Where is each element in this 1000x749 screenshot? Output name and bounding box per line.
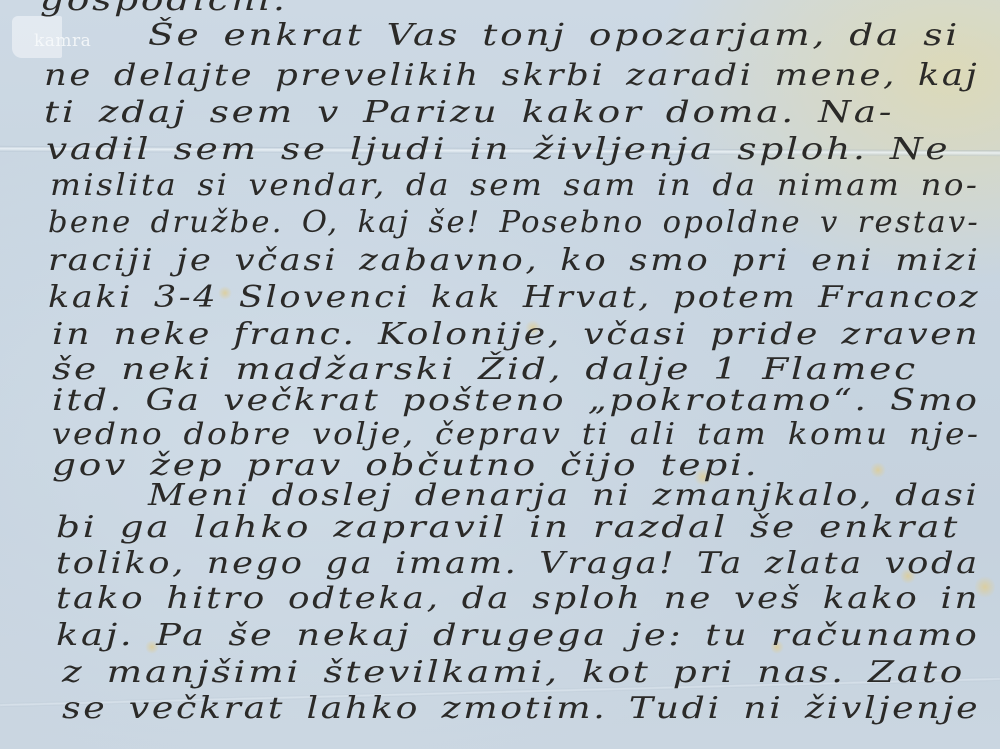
letter-line: bene družbe. O, kaj še! Posebno opoldne … [48, 208, 980, 238]
letter-line: itd. Ga večkrat pošteno „pokrotamo“. Smo [52, 386, 980, 416]
letter-line: vedno dobre volje, čeprav ti ali tam kom… [52, 420, 980, 450]
letter-line: mislita si vendar, da sem sam in da nima… [50, 171, 979, 201]
letter-body: gospodični. Še enkrat Vas tonj opozarjam… [0, 0, 1000, 749]
letter-line: toliko, nego ga imam. Vraga! Ta zlata vo… [56, 549, 980, 579]
letter-line: raciji je včasi zabavno, ko smo pri eni … [48, 246, 981, 276]
letter-line: ne delajte prevelikih skrbi zaradi mene,… [44, 61, 979, 91]
letter-line: ti zdaj sem v Parizu kakor doma. Na- [44, 98, 894, 128]
letter-line: z manjšimi številkami, kot pri nas. Zato [62, 658, 965, 688]
letter-line: bi ga lahko zapravil in razdal še enkrat [56, 513, 960, 543]
letter-line: gov žep prav občutno čijo tepi. [52, 451, 759, 481]
letter-line: Še enkrat Vas tonj opozarjam, da si [148, 21, 960, 51]
letter-line: vadil sem se ljudi in življenja sploh. N… [46, 135, 950, 165]
letter-line: tako hitro odteka, da sploh ne veš kako … [56, 584, 980, 614]
letter-line: kaj. Pa še nekaj drugega je: tu računamo [56, 621, 980, 651]
letter-line: gospodični. [40, 0, 288, 16]
letter-line: kaki 3-4 Slovenci kak Hrvat, potem Franc… [48, 283, 980, 313]
letter-line: Meni doslej denarja ni zmanjkalo, dasi [148, 481, 979, 511]
letter-line: še neki madžarski Žid, dalje 1 Flamec [52, 355, 918, 385]
letter-line: se večkrat lahko zmotim. Tudi ni življen… [62, 694, 980, 724]
letter-line: in neke franc. Kolonije, včasi pride zra… [52, 320, 980, 350]
letter-page: kamra gospodični. Še enkrat Vas tonj opo… [0, 0, 1000, 749]
